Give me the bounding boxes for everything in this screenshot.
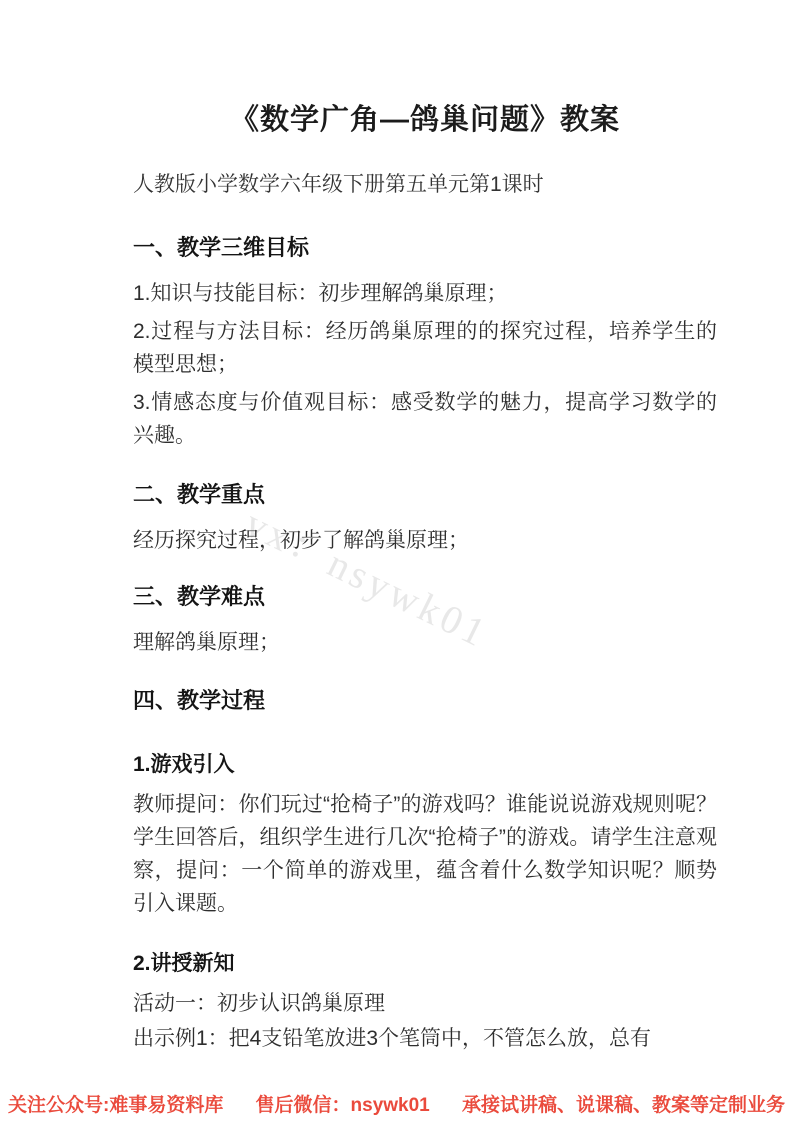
paragraph-emotion-goal: 3.情感态度与价值观目标：感受数学的魅力，提高学习数学的兴趣。	[133, 386, 717, 452]
document-title: 《数学广角—鸽巢问题》教案	[133, 100, 717, 140]
subsection-heading-game-intro: 1.游戏引入	[133, 750, 717, 780]
paragraph-example-one: 出示例1：把4支铅笔放进3个笔筒中，不管怎么放，总有	[133, 1022, 717, 1055]
section-heading-difficulty: 三、教学难点	[133, 582, 717, 612]
subsection-heading-new-knowledge: 2.讲授新知	[133, 949, 717, 979]
paragraph-process-goal: 2.过程与方法目标：经历鸽巢原理的的探究过程，培养学生的模型思想；	[133, 315, 717, 381]
footer-wechat-official-account: 关注公众号:难事易资料库	[8, 1090, 223, 1117]
paragraph-activity-one: 活动一：初步认识鸽巢原理	[133, 987, 717, 1020]
paragraph-difficulty: 理解鸽巢原理；	[133, 626, 717, 659]
document-content: 《数学广角—鸽巢问题》教案 人教版小学数学六年级下册第五单元第1课时 一、教学三…	[133, 0, 717, 1055]
footer-services: 承接试讲稿、说课稿、教案等定制业务	[462, 1090, 785, 1117]
promo-footer: 关注公众号:难事易资料库 售后微信：nsywk01 承接试讲稿、说课稿、教案等定…	[0, 1085, 793, 1122]
section-heading-process: 四、教学过程	[133, 686, 717, 716]
section-heading-objectives: 一、教学三维目标	[133, 233, 717, 263]
paragraph-key-point: 经历探究过程，初步了解鸽巢原理；	[133, 524, 717, 557]
document-subtitle: 人教版小学数学六年级下册第五单元第1课时	[133, 168, 717, 201]
footer-aftersale-wechat: 售后微信：nsywk01	[256, 1090, 430, 1117]
paragraph-knowledge-goal: 1.知识与技能目标：初步理解鸽巢原理；	[133, 277, 717, 310]
document-page: vx：nsywk01 《数学广角—鸽巢问题》教案 人教版小学数学六年级下册第五单…	[0, 0, 793, 1122]
section-heading-key-point: 二、教学重点	[133, 480, 717, 510]
paragraph-game-intro: 教师提问：你们玩过“抢椅子”的游戏吗？谁能说说游戏规则呢？学生回答后，组织学生进…	[133, 788, 717, 920]
